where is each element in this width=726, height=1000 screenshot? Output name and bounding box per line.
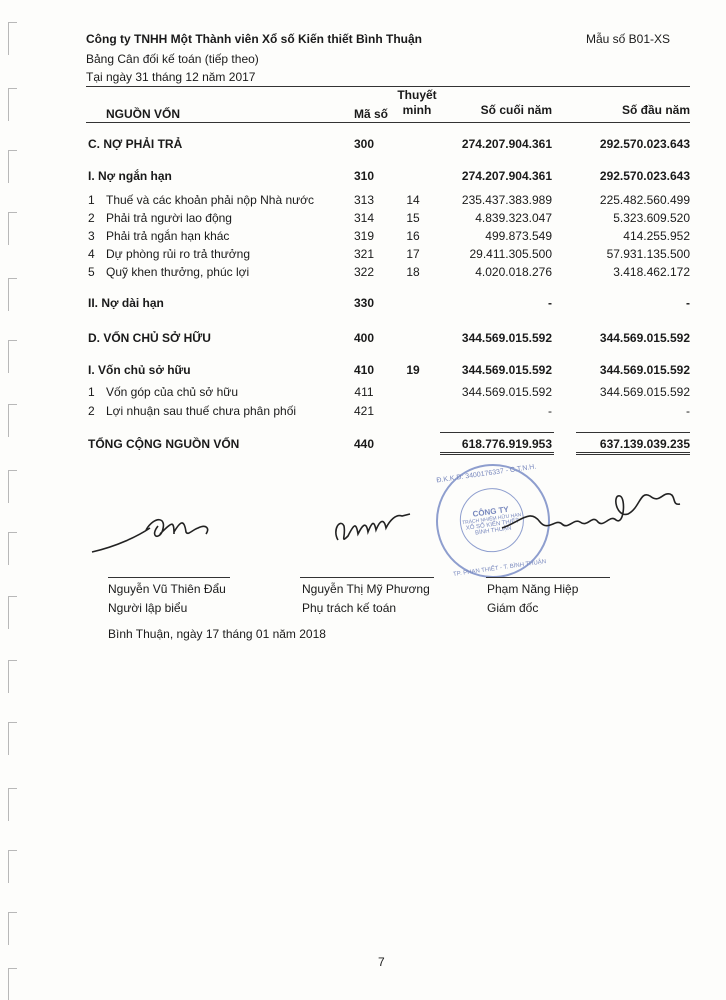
binder-mark — [8, 788, 17, 821]
row-end-year-value: 4.839.323.047 — [475, 211, 552, 225]
total-rule-end — [440, 432, 554, 433]
binder-mark — [8, 532, 17, 565]
table-row: 5Quỹ khen thưởng, phúc lợi322184.020.018… — [86, 265, 690, 281]
row-code: 321 — [344, 247, 384, 261]
row-begin-year-value: 292.570.023.643 — [600, 137, 690, 151]
signature-line-preparer — [108, 577, 230, 578]
total-rule-begin — [576, 432, 690, 433]
as-of-date: Tại ngày 31 tháng 12 năm 2017 — [86, 70, 255, 84]
table-row: II. Nợ dài hạn330-- — [86, 296, 690, 312]
accountant-title: Phụ trách kế toán — [302, 601, 396, 615]
table-header-rule — [86, 122, 690, 123]
signature-preparer — [88, 506, 238, 566]
row-number: 3 — [88, 229, 102, 243]
row-code: 411 — [344, 385, 384, 399]
table-top-rule — [86, 86, 690, 87]
row-code: 400 — [344, 331, 384, 345]
row-label: Lợi nhuận sau thuế chưa phân phối — [106, 404, 296, 418]
row-note: 18 — [398, 265, 428, 279]
row-end-year-value: 344.569.015.592 — [462, 385, 552, 399]
table-row: 4Dự phòng rủi ro trả thưởng3211729.411.3… — [86, 247, 690, 263]
director-name: Phạm Năng Hiệp — [487, 582, 578, 596]
table-row: 1Thuế và các khoản phải nộp Nhà nước3131… — [86, 193, 690, 209]
signature-line-accountant — [300, 577, 434, 578]
binder-mark — [8, 212, 17, 245]
row-code: 440 — [344, 437, 384, 451]
table-row: 1Vốn góp của chủ sở hữu411344.569.015.59… — [86, 385, 690, 401]
row-code: 319 — [344, 229, 384, 243]
row-code: 300 — [344, 137, 384, 151]
binder-mark — [8, 88, 17, 121]
binder-mark — [8, 404, 17, 437]
col-header-note-line1: Thuyết — [394, 88, 440, 102]
binder-mark — [8, 340, 17, 373]
row-begin-year-value: 344.569.015.592 — [600, 385, 690, 399]
row-label: Quỹ khen thưởng, phúc lợi — [106, 265, 249, 279]
row-label: I. Vốn chủ sở hữu — [88, 363, 191, 377]
preparer-name: Nguyễn Vũ Thiên Đẩu — [108, 582, 226, 596]
row-end-year-value: 4.020.018.276 — [475, 265, 552, 279]
row-end-year-value: 235.437.383.989 — [462, 193, 552, 207]
total-double-rule-end — [440, 452, 554, 455]
row-number: 1 — [88, 193, 102, 207]
row-end-year-value: - — [548, 404, 552, 418]
row-begin-year-value: 57.931.135.500 — [607, 247, 690, 261]
row-code: 314 — [344, 211, 384, 225]
row-begin-year-value: 5.323.609.520 — [613, 211, 690, 225]
row-end-year-value: 344.569.015.592 — [462, 331, 552, 345]
table-row: D. VỐN CHỦ SỞ HỮU400344.569.015.592344.5… — [86, 331, 690, 347]
signature-line-director — [486, 577, 610, 578]
document-subtitle: Bảng Cân đối kế toán (tiếp theo) — [86, 52, 259, 66]
binder-mark — [8, 596, 17, 629]
row-code: 421 — [344, 404, 384, 418]
table-row: I. Vốn chủ sở hữu41019344.569.015.592344… — [86, 363, 690, 379]
binder-mark — [8, 850, 17, 883]
signature-director — [500, 478, 700, 548]
row-begin-year-value: 414.255.952 — [623, 229, 690, 243]
binder-mark — [8, 470, 17, 503]
row-end-year-value: 29.411.305.500 — [469, 247, 552, 261]
row-label: D. VỐN CHỦ SỞ HỮU — [88, 331, 211, 345]
row-begin-year-value: 637.139.039.235 — [600, 437, 690, 451]
row-number: 1 — [88, 385, 102, 399]
row-begin-year-value: 225.482.560.499 — [600, 193, 690, 207]
row-code: 330 — [344, 296, 384, 310]
page-number: 7 — [378, 955, 385, 969]
row-number: 2 — [88, 211, 102, 225]
signature-chief-accountant — [330, 500, 450, 560]
row-note: 16 — [398, 229, 428, 243]
row-label: II. Nợ dài hạn — [88, 296, 164, 310]
row-begin-year-value: 344.569.015.592 — [600, 363, 690, 377]
row-note: 15 — [398, 211, 428, 225]
row-label: Dự phòng rủi ro trả thưởng — [106, 247, 250, 261]
row-end-year-value: 618.776.919.953 — [462, 437, 552, 451]
row-label: I. Nợ ngắn hạn — [88, 169, 172, 183]
seal-bottom-text: TP. PHAN THIẾT - T. BÌNH THUẬN — [445, 558, 555, 579]
row-note: 17 — [398, 247, 428, 261]
binder-mark — [8, 722, 17, 755]
row-end-year-value: 274.207.904.361 — [462, 169, 552, 183]
row-code: 313 — [344, 193, 384, 207]
row-end-year-value: 344.569.015.592 — [462, 363, 552, 377]
row-note: 14 — [398, 193, 428, 207]
binder-mark — [8, 660, 17, 693]
binder-mark — [8, 278, 17, 311]
table-row: TỔNG CỘNG NGUỒN VỐN440618.776.919.953637… — [86, 437, 690, 453]
form-code: Mẫu số B01-XS — [586, 32, 670, 46]
row-label: Vốn góp của chủ sở hữu — [106, 385, 238, 399]
table-row: 2Lợi nhuận sau thuế chưa phân phối421-- — [86, 404, 690, 420]
row-label: TỔNG CỘNG NGUỒN VỐN — [88, 437, 239, 451]
row-end-year-value: 274.207.904.361 — [462, 137, 552, 151]
row-number: 4 — [88, 247, 102, 261]
row-note: 19 — [398, 363, 428, 377]
row-label: Phải trả người lao động — [106, 211, 232, 225]
binder-mark — [8, 150, 17, 183]
row-label: Phải trả ngắn hạn khác — [106, 229, 229, 243]
col-header-note-line2: minh — [394, 103, 440, 117]
col-header-end-year: Số cuối năm — [440, 103, 552, 117]
row-begin-year-value: 3.418.462.172 — [613, 265, 690, 279]
table-row: C. NỢ PHẢI TRẢ300274.207.904.361292.570.… — [86, 137, 690, 153]
row-end-year-value: - — [548, 296, 552, 310]
binder-mark — [8, 22, 17, 55]
table-row: 3Phải trả ngắn hạn khác31916499.873.5494… — [86, 229, 690, 245]
col-header-name: NGUỒN VỐN — [106, 107, 180, 121]
table-row: I. Nợ ngắn hạn310274.207.904.361292.570.… — [86, 169, 690, 185]
binder-mark — [8, 968, 17, 1000]
row-begin-year-value: 292.570.023.643 — [600, 169, 690, 183]
row-code: 322 — [344, 265, 384, 279]
row-label: Thuế và các khoản phải nộp Nhà nước — [106, 193, 314, 207]
place-date: Bình Thuận, ngày 17 tháng 01 năm 2018 — [108, 627, 326, 641]
col-header-begin-year: Số đầu năm — [580, 103, 690, 117]
row-begin-year-value: 344.569.015.592 — [600, 331, 690, 345]
row-label: C. NỢ PHẢI TRẢ — [88, 137, 182, 151]
row-end-year-value: 499.873.549 — [485, 229, 552, 243]
row-begin-year-value: - — [686, 296, 690, 310]
table-row: 2Phải trả người lao động314154.839.323.0… — [86, 211, 690, 227]
total-double-rule-begin — [576, 452, 690, 455]
director-title: Giám đốc — [487, 601, 538, 615]
row-number: 2 — [88, 404, 102, 418]
row-begin-year-value: - — [686, 404, 690, 418]
row-number: 5 — [88, 265, 102, 279]
binder-mark — [8, 912, 17, 945]
preparer-title: Người lập biểu — [108, 601, 187, 615]
company-name: Công ty TNHH Một Thành viên Xổ số Kiến t… — [86, 32, 422, 46]
row-code: 310 — [344, 169, 384, 183]
col-header-code: Mã số — [346, 107, 396, 121]
accountant-name: Nguyễn Thị Mỹ Phương — [302, 582, 430, 596]
row-code: 410 — [344, 363, 384, 377]
